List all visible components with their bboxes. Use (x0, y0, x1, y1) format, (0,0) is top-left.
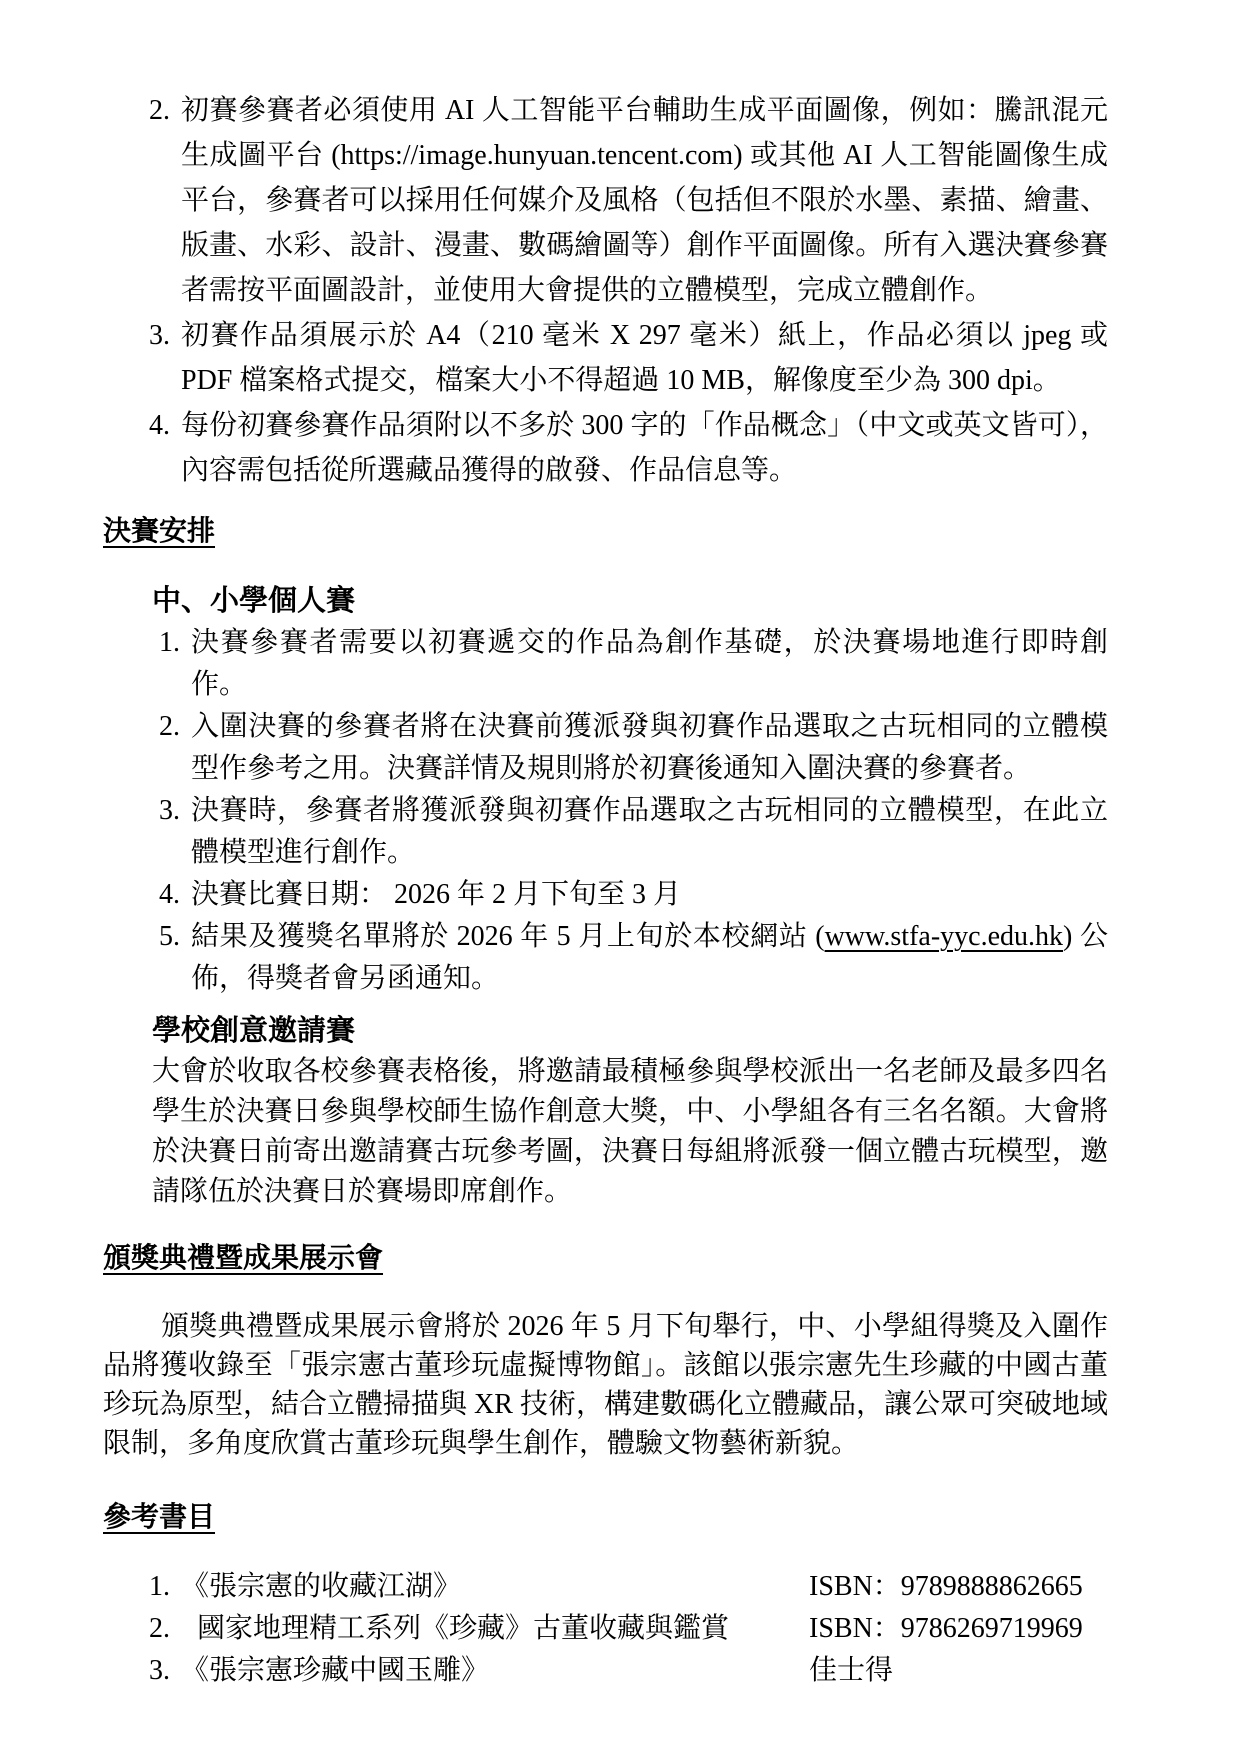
preliminary-rule-item: 每份初賽參賽作品須附以不多於 300 字的「作品概念」（中文或英文皆可），內容需… (177, 403, 1108, 493)
final-rule-item: 決賽時，參賽者將獲派發與初賽作品選取之古玩相同的立體模型，在此立體模型進行創作。 (187, 790, 1108, 874)
bibliography-item: 《張宗憲珍藏中國玉雕》佳士得 (177, 1650, 1108, 1692)
final-arrangement-heading: 決賽安排 (103, 509, 1108, 554)
final-rule-item-with-link: 結果及獲獎名單將於 2026 年 5 月上旬於本校網站 (www.stfa-yy… (187, 916, 1108, 1000)
book-title: 國家地理精工系列《珍藏》古董收藏與鑑賞 (181, 1608, 809, 1650)
school-invitational-paragraph: 大會於收取各校參賽表格後，將邀請最積極參與學校派出一名老師及最多四名學生於決賽日… (152, 1052, 1108, 1212)
book-title: 《張宗憲的收藏江湖》 (181, 1566, 809, 1608)
final-rule-item: 決賽參賽者需要以初賽遞交的作品為創作基礎，於決賽場地進行即時創作。 (187, 622, 1108, 706)
bibliography-item: 《張宗憲的收藏江湖》ISBN：9789888862665 (177, 1566, 1108, 1608)
school-website-link[interactable]: www.stfa-yyc.edu.hk (825, 921, 1063, 952)
bibliography-item: 國家地理精工系列《珍藏》古董收藏與鑑賞ISBN：9786269719969 (177, 1608, 1108, 1650)
final-rule-item: 入圍決賽的參賽者將在決賽前獲派發與初賽作品選取之古玩相同的立體模型作參考之用。決… (187, 706, 1108, 790)
document-page: 初賽參賽者必須使用 AI 人工智能平台輔助生成平面圖像，例如：騰訊混元生成圖平台… (0, 0, 1240, 1754)
bibliography-list: 《張宗憲的收藏江湖》ISBN：9789888862665 國家地理精工系列《珍藏… (103, 1566, 1108, 1692)
individual-competition-subheading: 中、小學個人賽 (152, 580, 1108, 622)
bibliography-heading: 參考書目 (103, 1495, 1108, 1540)
preliminary-rule-item: 初賽作品須展示於 A4（210 毫米 X 297 毫米）紙上，作品必須以 jpe… (177, 313, 1108, 403)
book-title: 《張宗憲珍藏中國玉雕》 (181, 1650, 809, 1692)
school-invitational-subheading: 學校創意邀請賽 (152, 1010, 1108, 1052)
award-ceremony-heading: 頒獎典禮暨成果展示會 (103, 1236, 1108, 1281)
final-rule-item: 決賽比賽日期： 2026 年 2 月下旬至 3 月 (187, 874, 1108, 916)
result-announcement-text: 結果及獲獎名單將於 2026 年 5 月上旬於本校網站 ( (191, 921, 825, 952)
individual-competition-rules-list: 決賽參賽者需要以初賽遞交的作品為創作基礎，於決賽場地進行即時創作。 入圍決賽的參… (152, 622, 1108, 1000)
book-publisher: 佳士得 (809, 1650, 893, 1692)
book-isbn: ISBN：9789888862665 (809, 1566, 1083, 1608)
preliminary-rule-item: 初賽參賽者必須使用 AI 人工智能平台輔助生成平面圖像，例如：騰訊混元生成圖平台… (177, 88, 1108, 313)
preliminary-rules-list: 初賽參賽者必須使用 AI 人工智能平台輔助生成平面圖像，例如：騰訊混元生成圖平台… (103, 88, 1108, 493)
award-ceremony-paragraph: 頒獎典禮暨成果展示會將於 2026 年 5 月下旬舉行，中、小學組得獎及入圍作品… (103, 1307, 1108, 1463)
book-isbn: ISBN：9786269719969 (809, 1608, 1083, 1650)
